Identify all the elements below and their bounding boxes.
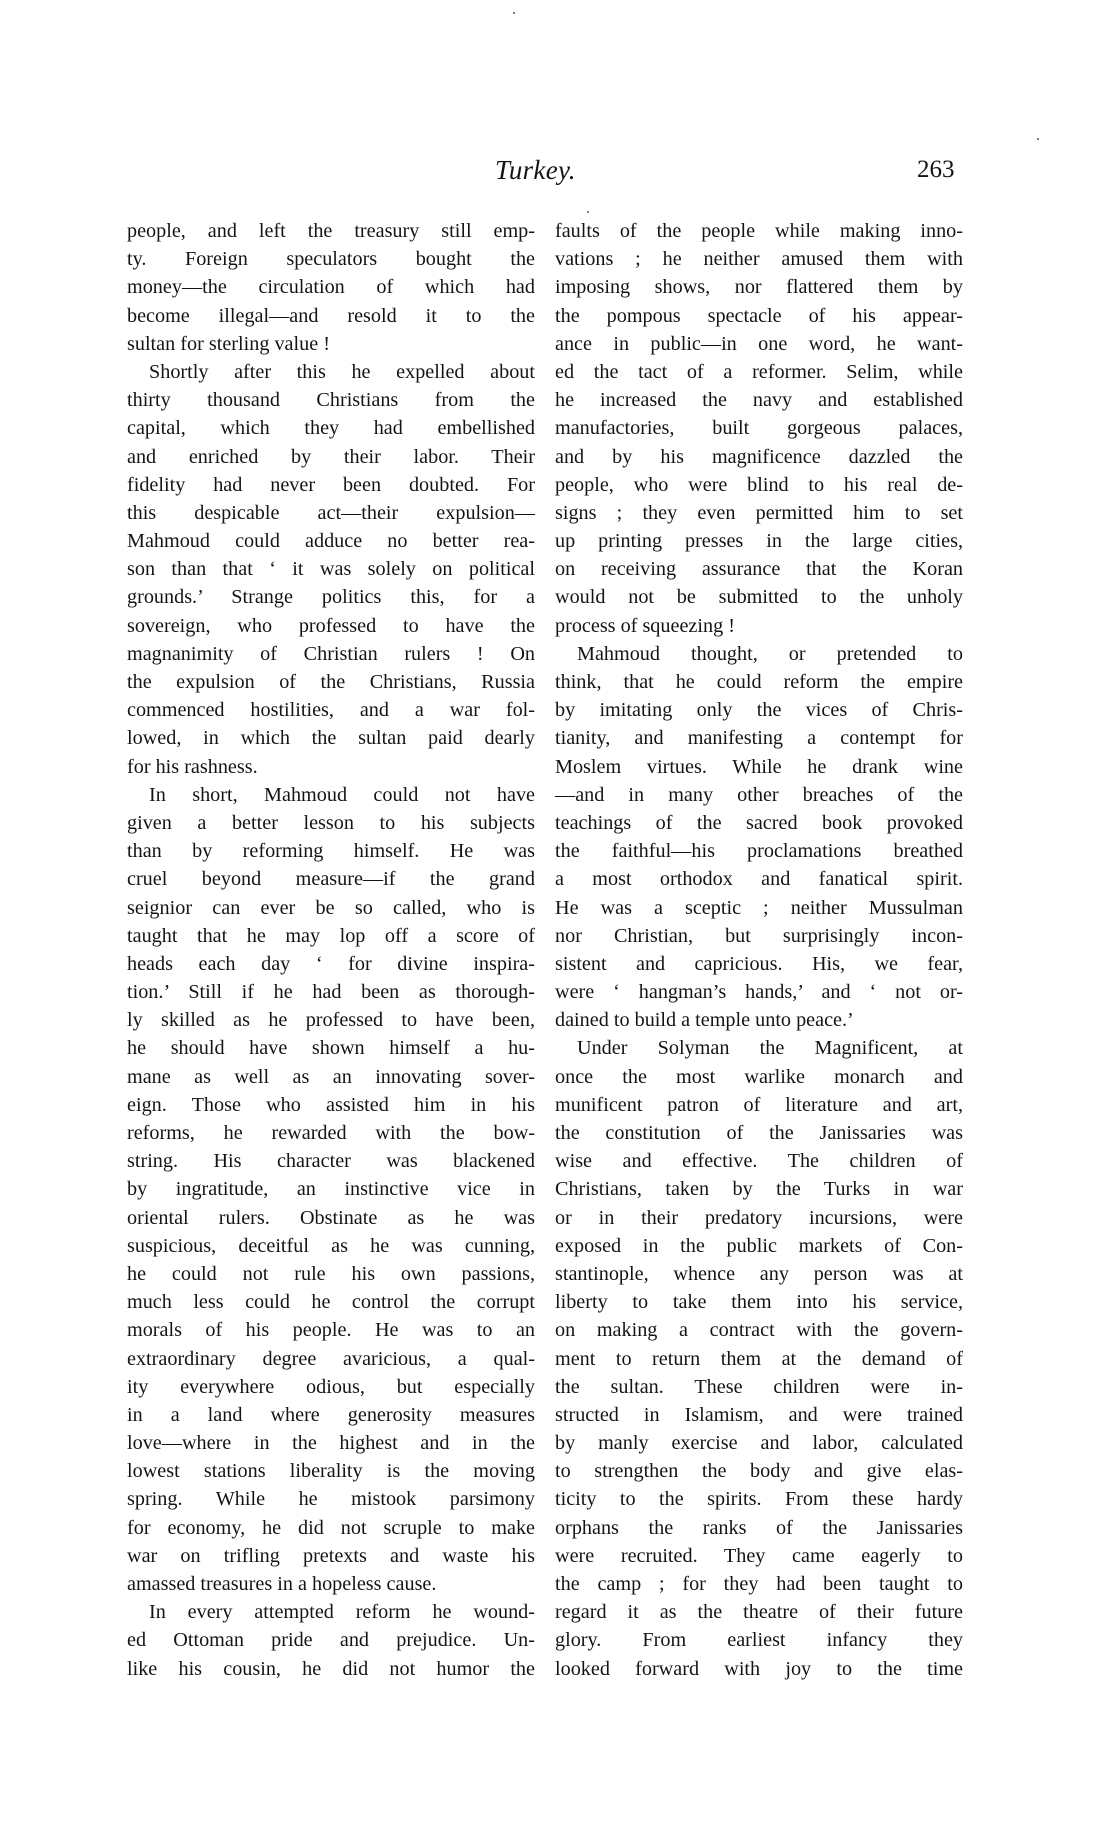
text-line: money—the circulation of which had [127, 273, 535, 301]
text-line: people, and left the treasury still emp- [127, 217, 535, 245]
text-line: teachings of the sacred book provoked [555, 809, 963, 837]
text-line: process of squeezing ! [555, 612, 963, 640]
text-line: the expulsion of the Christians, Russia [127, 668, 535, 696]
text-line: he could not rule his own passions, [127, 1260, 535, 1288]
text-line: spring. While he mistook parsimony [127, 1485, 535, 1513]
text-line: ed Ottoman pride and prejudice. Un- [127, 1626, 535, 1654]
text-line: ticity to the spirits. From these hardy [555, 1485, 963, 1513]
text-line: Moslem virtues. While he drank wine [555, 753, 963, 781]
text-line: sistent and capricious. His, we fear, [555, 950, 963, 978]
text-line: Mahmoud thought, or pretended to [555, 640, 963, 668]
text-line: vations ; he neither amused them with [555, 245, 963, 273]
text-line: ty. Foreign speculators bought the [127, 245, 535, 273]
text-line: people, who were blind to his real de- [555, 471, 963, 499]
text-line: imposing shows, nor flattered them by [555, 273, 963, 301]
text-line: thirty thousand Christians from the [127, 386, 535, 414]
text-line: become illegal—and resold it to the [127, 302, 535, 330]
running-head: Turkey. 263 [0, 150, 1120, 190]
text-line: exposed in the public markets of Con- [555, 1232, 963, 1260]
text-line: given a better lesson to his subjects [127, 809, 535, 837]
text-line: munificent patron of literature and art, [555, 1091, 963, 1119]
text-line: he increased the navy and established [555, 386, 963, 414]
text-line: eign. Those who assisted him in his [127, 1091, 535, 1119]
text-line: Shortly after this he expelled about [127, 358, 535, 386]
text-line: nor Christian, but surprisingly incon- [555, 922, 963, 950]
text-line: ly skilled as he professed to have been, [127, 1006, 535, 1034]
text-line: seignior can ever be so called, who is [127, 894, 535, 922]
text-line: the sultan. These children were in- [555, 1373, 963, 1401]
text-line: liberty to take them into his service, [555, 1288, 963, 1316]
text-line: for his rashness. [127, 753, 535, 781]
text-line: manufactories, built gorgeous palaces, [555, 414, 963, 442]
text-line: sultan for sterling value ! [127, 330, 535, 358]
text-line: up printing presses in the large cities, [555, 527, 963, 555]
text-line: the pompous spectacle of his appear- [555, 302, 963, 330]
text-line: faults of the people while making inno- [555, 217, 963, 245]
text-line: Under Solyman the Magnificent, at [555, 1034, 963, 1062]
print-speck [587, 211, 589, 213]
text-line: by imitating only the vices of Chris- [555, 696, 963, 724]
text-line: on making a contract with the govern- [555, 1316, 963, 1344]
text-line: fidelity had never been doubted. For [127, 471, 535, 499]
text-line: ance in public—in one word, he want- [555, 330, 963, 358]
text-line: He was a sceptic ; neither Mussulman [555, 894, 963, 922]
text-line: string. His character was blackened [127, 1147, 535, 1175]
text-line: structed in Islamism, and were trained [555, 1401, 963, 1429]
text-line: glory. From earliest infancy they [555, 1626, 963, 1654]
text-line: Mahmoud could adduce no better rea- [127, 527, 535, 555]
print-speck [513, 12, 515, 14]
text-line: —and in many other breaches of the [555, 781, 963, 809]
text-line: the constitution of the Janissaries was [555, 1119, 963, 1147]
text-line: by manly exercise and labor, calculated [555, 1429, 963, 1457]
text-line: in a land where generosity measures [127, 1401, 535, 1429]
text-line: the faithful—his proclamations breathed [555, 837, 963, 865]
text-line: son than that ‘ it was solely on politic… [127, 555, 535, 583]
text-line: ment to return them at the demand of [555, 1345, 963, 1373]
text-line: were recruited. They came eagerly to [555, 1542, 963, 1570]
text-line: suspicious, deceitful as he was cunning, [127, 1232, 535, 1260]
text-line: once the most warlike monarch and [555, 1063, 963, 1091]
text-line: and enriched by their labor. Their [127, 443, 535, 471]
text-line: to strengthen the body and give elas- [555, 1457, 963, 1485]
text-column-left: people, and left the treasury still emp-… [127, 217, 535, 1683]
text-line: tianity, and manifesting a contempt for [555, 724, 963, 752]
text-line: for economy, he did not scruple to make [127, 1514, 535, 1542]
text-line: reforms, he rewarded with the bow- [127, 1119, 535, 1147]
text-line: dained to build a temple unto peace.’ [555, 1006, 963, 1034]
text-line: oriental rulers. Obstinate as he was [127, 1204, 535, 1232]
text-line: signs ; they even permitted him to set [555, 499, 963, 527]
text-line: regard it as the theatre of their future [555, 1598, 963, 1626]
text-line: morals of his people. He was to an [127, 1316, 535, 1344]
text-line: capital, which they had embellished [127, 414, 535, 442]
text-line: tion.’ Still if he had been as thorough- [127, 978, 535, 1006]
print-speck [1037, 138, 1039, 140]
text-line: taught that he may lop off a score of [127, 922, 535, 950]
text-line: heads each day ‘ for divine inspira- [127, 950, 535, 978]
text-line: cruel beyond measure—if the grand [127, 865, 535, 893]
text-line: he should have shown himself a hu- [127, 1034, 535, 1062]
text-line: on receiving assurance that the Koran [555, 555, 963, 583]
text-line: ed the tact of a reformer. Selim, while [555, 358, 963, 386]
text-line: ity everywhere odious, but especially [127, 1373, 535, 1401]
text-line: were ‘ hangman’s hands,’ and ‘ not or- [555, 978, 963, 1006]
text-line: much less could he control the corrupt [127, 1288, 535, 1316]
text-line: love—where in the highest and in the [127, 1429, 535, 1457]
text-line: grounds.’ Strange politics this, for a [127, 583, 535, 611]
text-line: mane as well as an innovating sover- [127, 1063, 535, 1091]
text-line: magnanimity of Christian rulers ! On [127, 640, 535, 668]
text-line: wise and effective. The children of [555, 1147, 963, 1175]
page-number: 263 [917, 150, 955, 190]
text-line: lowed, in which the sultan paid dearly [127, 724, 535, 752]
text-line: commenced hostilities, and a war fol- [127, 696, 535, 724]
text-line: In short, Mahmoud could not have [127, 781, 535, 809]
text-line: this despicable act—their expulsion— [127, 499, 535, 527]
text-line: looked forward with joy to the time [555, 1655, 963, 1683]
book-page: Turkey. 263 people, and left the treasur… [0, 0, 1120, 1825]
text-line: than by reforming himself. He was [127, 837, 535, 865]
text-column-right: faults of the people while making inno-v… [555, 217, 963, 1683]
text-line: orphans the ranks of the Janissaries [555, 1514, 963, 1542]
text-line: and by his magnificence dazzled the [555, 443, 963, 471]
text-line: think, that he could reform the empire [555, 668, 963, 696]
running-title: Turkey. [495, 150, 576, 190]
text-line: by ingratitude, an instinctive vice in [127, 1175, 535, 1203]
text-line: war on trifling pretexts and waste his [127, 1542, 535, 1570]
text-line: Christians, taken by the Turks in war [555, 1175, 963, 1203]
text-line: lowest stations liberality is the moving [127, 1457, 535, 1485]
text-line: sovereign, who professed to have the [127, 612, 535, 640]
text-line: or in their predatory incursions, were [555, 1204, 963, 1232]
text-line: would not be submitted to the unholy [555, 583, 963, 611]
text-line: a most orthodox and fanatical spirit. [555, 865, 963, 893]
text-line: stantinople, whence any person was at [555, 1260, 963, 1288]
text-line: extraordinary degree avaricious, a qual- [127, 1345, 535, 1373]
text-line: In every attempted reform he wound- [127, 1598, 535, 1626]
text-line: amassed treasures in a hopeless cause. [127, 1570, 535, 1598]
text-line: the camp ; for they had been taught to [555, 1570, 963, 1598]
text-line: like his cousin, he did not humor the [127, 1655, 535, 1683]
